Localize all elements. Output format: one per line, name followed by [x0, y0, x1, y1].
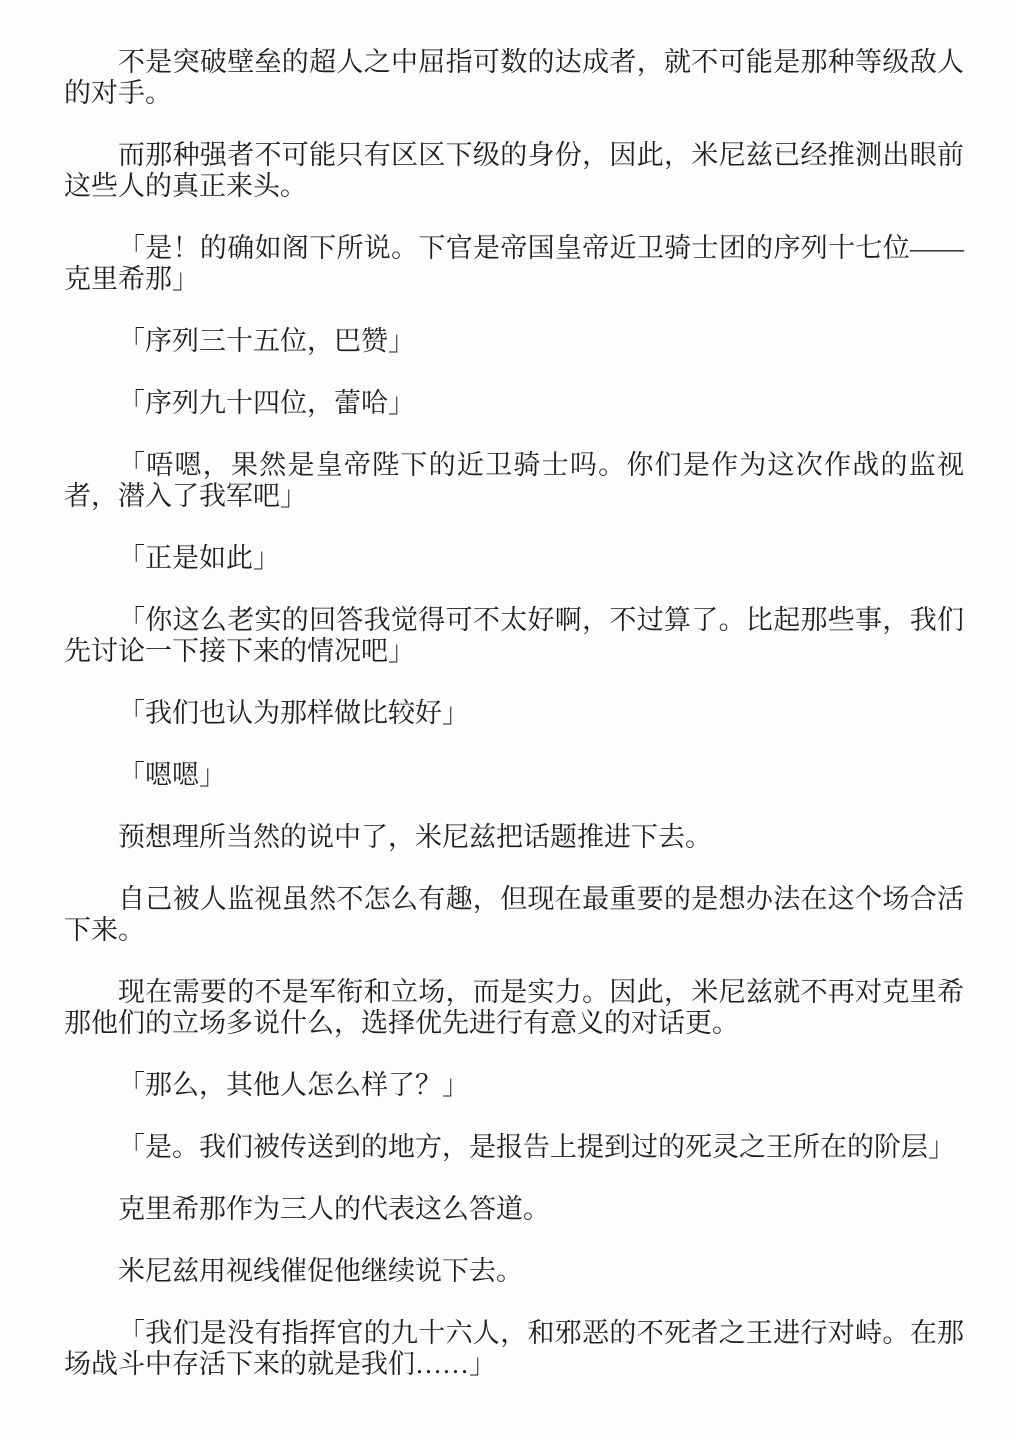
paragraph-1: 不是突破壁垒的超人之中屈指可数的达成者，就不可能是那种等级敌人的对手。: [64, 47, 964, 109]
page-content: 不是突破壁垒的超人之中屈指可数的达成者，就不可能是那种等级敌人的对手。而那种强者…: [64, 47, 964, 1380]
paragraph-9: 「我们也认为那样做比较好」: [64, 698, 964, 729]
paragraph-5: 「序列九十四位，蕾哈」: [64, 388, 964, 419]
paragraph-16: 克里希那作为三人的代表这么答道。: [64, 1194, 964, 1225]
paragraph-14: 「那么，其他人怎么样了？」: [64, 1070, 964, 1101]
paragraph-11: 预想理所当然的说中了，米尼兹把话题推进下去。: [64, 822, 964, 853]
document-page: 不是突破壁垒的超人之中屈指可数的达成者，就不可能是那种等级敌人的对手。而那种强者…: [0, 0, 1017, 1437]
paragraph-4: 「序列三十五位，巴赞」: [64, 326, 964, 357]
paragraph-6: 「唔嗯，果然是皇帝陛下的近卫骑士吗。你们是作为这次作战的监视者，潜入了我军吧」: [64, 450, 964, 512]
paragraph-13: 现在需要的不是军衔和立场，而是实力。因此，米尼兹就不再对克里希那他们的立场多说什…: [64, 977, 964, 1039]
paragraph-15: 「是。我们被传送到的地方，是报告上提到过的死灵之王所在的阶层」: [64, 1132, 964, 1163]
paragraph-8: 「你这么老实的回答我觉得可不太好啊，不过算了。比起那些事，我们先讨论一下接下来的…: [64, 605, 964, 667]
paragraph-12: 自己被人监视虽然不怎么有趣，但现在最重要的是想办法在这个场合活下来。: [64, 884, 964, 946]
paragraph-10: 「嗯嗯」: [64, 760, 964, 791]
paragraph-2: 而那种强者不可能只有区区下级的身份，因此，米尼兹已经推测出眼前这些人的真正来头。: [64, 140, 964, 202]
paragraph-17: 米尼兹用视线催促他继续说下去。: [64, 1256, 964, 1287]
paragraph-3: 「是！的确如阁下所说。下官是帝国皇帝近卫骑士团的序列十七位——克里希那」: [64, 233, 964, 295]
paragraph-7: 「正是如此」: [64, 543, 964, 574]
paragraph-18: 「我们是没有指挥官的九十六人，和邪恶的不死者之王进行对峙。在那场战斗中存活下来的…: [64, 1318, 964, 1380]
